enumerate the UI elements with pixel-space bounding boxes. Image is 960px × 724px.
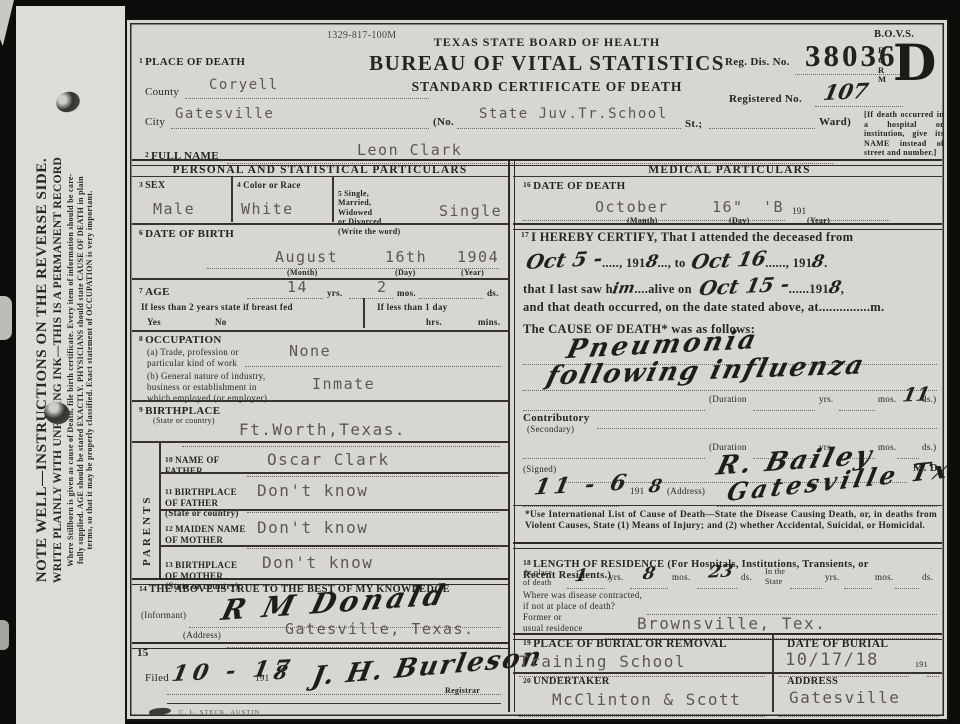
month-caption: (Month): [287, 268, 318, 278]
contributory-label: Contributory: [523, 412, 590, 424]
occupation-label: 8OCCUPATION: [139, 334, 222, 346]
printed-fragment: ......, 191: [765, 256, 812, 270]
sign-year-hand: 8: [647, 476, 664, 498]
form-word-letters: F O R M: [878, 45, 886, 84]
filed-year-printed: 191: [255, 673, 269, 684]
leader: [349, 288, 393, 299]
divider: [231, 176, 233, 222]
field-number: 6: [139, 228, 143, 237]
divider: [363, 298, 365, 328]
leader: [597, 418, 937, 429]
divider: [513, 176, 942, 177]
hospital-instruction-note: [If death occurred in a hospital or inst…: [864, 110, 944, 158]
mos-caption: mos.: [672, 572, 690, 583]
leader: [630, 578, 668, 589]
mother-maiden-name-label: 12MAIDEN NAME OF MOTHER: [165, 513, 246, 545]
certify-line-1: 17I HEREBY CERTIFY, That I attended the …: [521, 230, 853, 245]
divider: [513, 505, 942, 506]
field-number: 11: [165, 487, 173, 496]
field-number: 3: [139, 180, 143, 189]
divider: [513, 223, 942, 230]
field-number: 7: [139, 286, 143, 295]
city-label: City: [145, 116, 165, 128]
film-tear: [0, 0, 14, 46]
no-label: No: [215, 317, 227, 328]
leader: [523, 448, 705, 459]
disease-contracted-label: Where was disease contracted, if not at …: [523, 590, 642, 612]
field-number: 13: [165, 560, 173, 569]
field-number: 16: [523, 180, 531, 189]
leader: [247, 502, 499, 513]
breastfed-label: If less than 2 years state if breast fed: [141, 302, 293, 313]
death-certificate: 1329-817-100M TEXAS STATE BOARD OF HEALT…: [125, 18, 949, 721]
st-label: St.;: [685, 118, 702, 130]
place-of-death-label: 1PLACE OF DEATH: [139, 56, 245, 68]
field-label: PLACE OF BURIAL OR REMOVAL: [533, 638, 727, 650]
field-number: 14: [139, 584, 147, 593]
date-of-birth-label: 6DATE OF BIRTH: [139, 228, 234, 240]
leader: [895, 578, 919, 589]
occupation-b-label: (b) General nature of industry, business…: [147, 371, 267, 403]
less-than-day-label: If less than 1 day: [377, 302, 447, 313]
leader: [247, 538, 499, 549]
board-title: TEXAS STATE BOARD OF HEALTH: [347, 35, 747, 50]
attended-to-date-hand: Oct 16: [689, 246, 768, 274]
yrs-caption: yrs.: [819, 394, 833, 405]
mos-caption: mos.: [878, 442, 896, 453]
day-caption: (Day): [395, 268, 416, 278]
field-number: 18: [523, 558, 531, 567]
field-number: 10: [165, 455, 173, 464]
margin-small-print: Where Stillborn is given as cause of Dea…: [66, 24, 95, 716]
ds-caption: ds.): [922, 394, 936, 405]
certify-line-2: Oct 5 -....., 1918..., toOct 16......, 1…: [527, 248, 937, 272]
sign-address-label: (Address): [667, 486, 705, 497]
certify-text: I HEREBY CERTIFY, That I attended the de…: [531, 230, 853, 244]
field-label: SEX: [145, 180, 165, 191]
race-label: 4Color or Race: [237, 180, 301, 191]
at-place-label: At place of death: [523, 568, 552, 587]
microfilm-scan: NOTE WELL—INSTRUCTIONS ON THE REVERSE SI…: [0, 0, 960, 724]
form-word-vertical: F O R M: [878, 46, 886, 85]
leader: [844, 578, 872, 589]
film-glint: [0, 296, 12, 340]
ds-caption: ds.: [922, 572, 933, 583]
attended-from-date-hand: Oct 5 -: [524, 246, 605, 274]
ds-caption: ds.: [487, 288, 499, 299]
registrar-label: Registrar: [445, 686, 480, 696]
age-label: 7AGE: [139, 286, 170, 298]
registered-no-leader: [815, 96, 903, 107]
birthplace-sub-label: (State or country): [153, 416, 215, 426]
marital-label: 5Single, Married, Widowed or Divorced (W…: [338, 179, 400, 237]
undertaker-address-value: Gatesville: [789, 688, 900, 707]
burial-year-printed: 191: [915, 660, 928, 670]
field-label: OCCUPATION: [145, 334, 222, 346]
reg-dis-label: Reg. Dis. No.: [725, 56, 790, 68]
divider: [332, 176, 334, 222]
in-state-label: In the State: [765, 567, 785, 586]
leader: [523, 400, 705, 411]
field-number: 19: [523, 638, 531, 647]
sex-value: Male: [153, 200, 195, 218]
death-year-printed: 191: [792, 206, 806, 217]
divider: [167, 703, 501, 704]
ward-leader: [709, 118, 815, 129]
leader: [523, 380, 937, 391]
county-leader: [185, 88, 429, 99]
film-glint: [0, 620, 9, 650]
field-number: 4: [237, 180, 241, 189]
divider: [132, 642, 508, 649]
printed-fragment: ..., to: [657, 256, 685, 270]
leader: [567, 578, 605, 589]
date-of-death-label: 16DATE OF DEATH: [523, 180, 625, 192]
certify-line-4: and that death occurred, on the date sta…: [523, 300, 884, 315]
informant-label: (Informant): [141, 610, 186, 621]
divider: [159, 509, 508, 511]
field-label: DATE OF DEATH: [533, 180, 625, 192]
bureau-title: BUREAU OF VITAL STATISTICS: [347, 51, 747, 76]
leader: [519, 706, 765, 717]
divider: [132, 330, 508, 332]
field-label: Color or Race: [243, 180, 301, 190]
divider: [513, 672, 942, 674]
duration-label: (Duration: [709, 394, 747, 405]
county-label: County: [145, 86, 179, 98]
leader: [839, 400, 875, 411]
personal-section-title: PERSONAL AND STATISTICAL PARTICULARS: [133, 164, 507, 176]
ds-caption: ds.: [741, 572, 752, 583]
sex-label: 3SEX: [139, 180, 165, 191]
printer-credit: C. L. STECK, AUSTIN: [179, 709, 260, 716]
divider: [132, 223, 508, 225]
divider: [132, 278, 508, 280]
mins-caption: mins.: [478, 317, 500, 328]
field-number: 1: [139, 56, 143, 65]
field-number: 8: [139, 334, 143, 343]
marital-value: Single: [439, 202, 502, 220]
sign-year-printed: 191: [630, 486, 644, 497]
field-number: 9: [139, 405, 143, 414]
birth-leader: [207, 258, 499, 269]
undertaker-address-label: ADDRESS: [787, 676, 838, 687]
leader: [790, 578, 822, 589]
occupation-a-label: (a) Trade, profession or particular kind…: [147, 347, 239, 369]
printed-fragment: ......191: [789, 282, 829, 296]
margin-note-line: NOTE WELL—INSTRUCTIONS ON THE REVERSE SI…: [34, 24, 51, 716]
yrs-caption: yrs.: [609, 572, 623, 583]
ward-label: Ward): [819, 116, 851, 128]
mother-maiden-name-value: Don't know: [257, 518, 368, 537]
yrs-caption: yrs.: [327, 288, 342, 299]
header-title-block: TEXAS STATE BOARD OF HEALTH BUREAU OF VI…: [347, 35, 747, 95]
divider: [159, 472, 508, 474]
hrs-caption: hrs.: [426, 317, 442, 328]
leader: [247, 288, 323, 299]
leader: [753, 400, 815, 411]
field-number: 12: [165, 524, 173, 533]
form-letter-d: D: [893, 38, 936, 88]
burial-date-label: DATE OF BURIAL: [787, 638, 888, 650]
field-label: AGE: [145, 286, 170, 298]
street-leader: [457, 118, 681, 129]
margin-write-line: WRITE PLAINLY WITH UNFADING INK—THIS IS …: [52, 24, 64, 716]
certify-line-3: that I last saw him....alive onOct 15 -.…: [523, 274, 937, 298]
field-label: DATE OF BIRTH: [145, 228, 234, 240]
mos-caption: mos.: [875, 572, 893, 583]
printed-fragment: that I last saw h: [523, 282, 613, 296]
informant-address-label: (Address): [183, 630, 221, 641]
divider: [159, 545, 508, 547]
leader: [419, 288, 483, 299]
race-value: White: [241, 200, 294, 218]
mother-birthplace-value: Don't know: [262, 553, 373, 572]
mos-caption: mos.: [397, 288, 416, 299]
city-leader: [171, 118, 429, 129]
field-number: 5: [338, 189, 342, 198]
him-hand: im: [611, 278, 636, 297]
certificate-left-margin: NOTE WELL—INSTRUCTIONS ON THE REVERSE SI…: [16, 6, 125, 724]
leader: [779, 706, 939, 717]
divider: [132, 400, 508, 402]
column-divider: [508, 159, 515, 712]
last-saw-date-hand: Oct 15 -: [697, 272, 792, 301]
undertaker-label: 20UNDERTAKER: [523, 676, 610, 687]
field-label: MAIDEN NAME OF MOTHER: [165, 524, 246, 545]
parents-vertical-label: PARENTS: [141, 494, 153, 566]
father-birthplace-value: Don't know: [257, 481, 368, 500]
year-caption: (Year): [461, 268, 484, 278]
printed-fragment: ....., 191: [602, 256, 646, 270]
mos-caption: mos.: [878, 394, 896, 405]
field-number: 17: [521, 230, 529, 239]
informant-address-value: Gatesville, Texas.: [285, 620, 475, 638]
yes-label: Yes: [147, 317, 161, 328]
field-number: 20: [523, 676, 531, 685]
divider: [132, 441, 508, 443]
leader: [697, 578, 737, 589]
registered-no-label: Registered No.: [729, 93, 802, 105]
filed-field-number: 15: [137, 647, 149, 659]
printed-fragment: ....alive on: [634, 282, 691, 296]
margin-instructions: NOTE WELL—INSTRUCTIONS ON THE REVERSE SI…: [34, 24, 95, 716]
field-number: 2: [145, 150, 149, 159]
contributory-sub-label: (Secondary): [527, 424, 574, 435]
printer-emblem: [149, 707, 172, 716]
medical-section-title: MEDICAL PARTICULARS: [516, 164, 943, 176]
filed-label: Filed: [145, 672, 169, 684]
yrs-caption: yrs.: [825, 572, 839, 583]
field-label: Single, Married, Widowed or Divorced (Wr…: [338, 189, 400, 236]
ds-caption: ds.): [922, 442, 936, 453]
burial-place-label: 19PLACE OF BURIAL OR REMOVAL: [523, 638, 727, 650]
cause-footnote: *Use International List of Cause of Deat…: [525, 510, 937, 532]
leader: [245, 356, 501, 367]
divider: [132, 176, 508, 177]
former-residence-label: Former or usual residence: [523, 612, 583, 634]
field-label: PLACE OF DEATH: [145, 56, 245, 68]
field-label: UNDERTAKER: [533, 676, 610, 687]
street-no-label: (No.: [433, 116, 454, 128]
